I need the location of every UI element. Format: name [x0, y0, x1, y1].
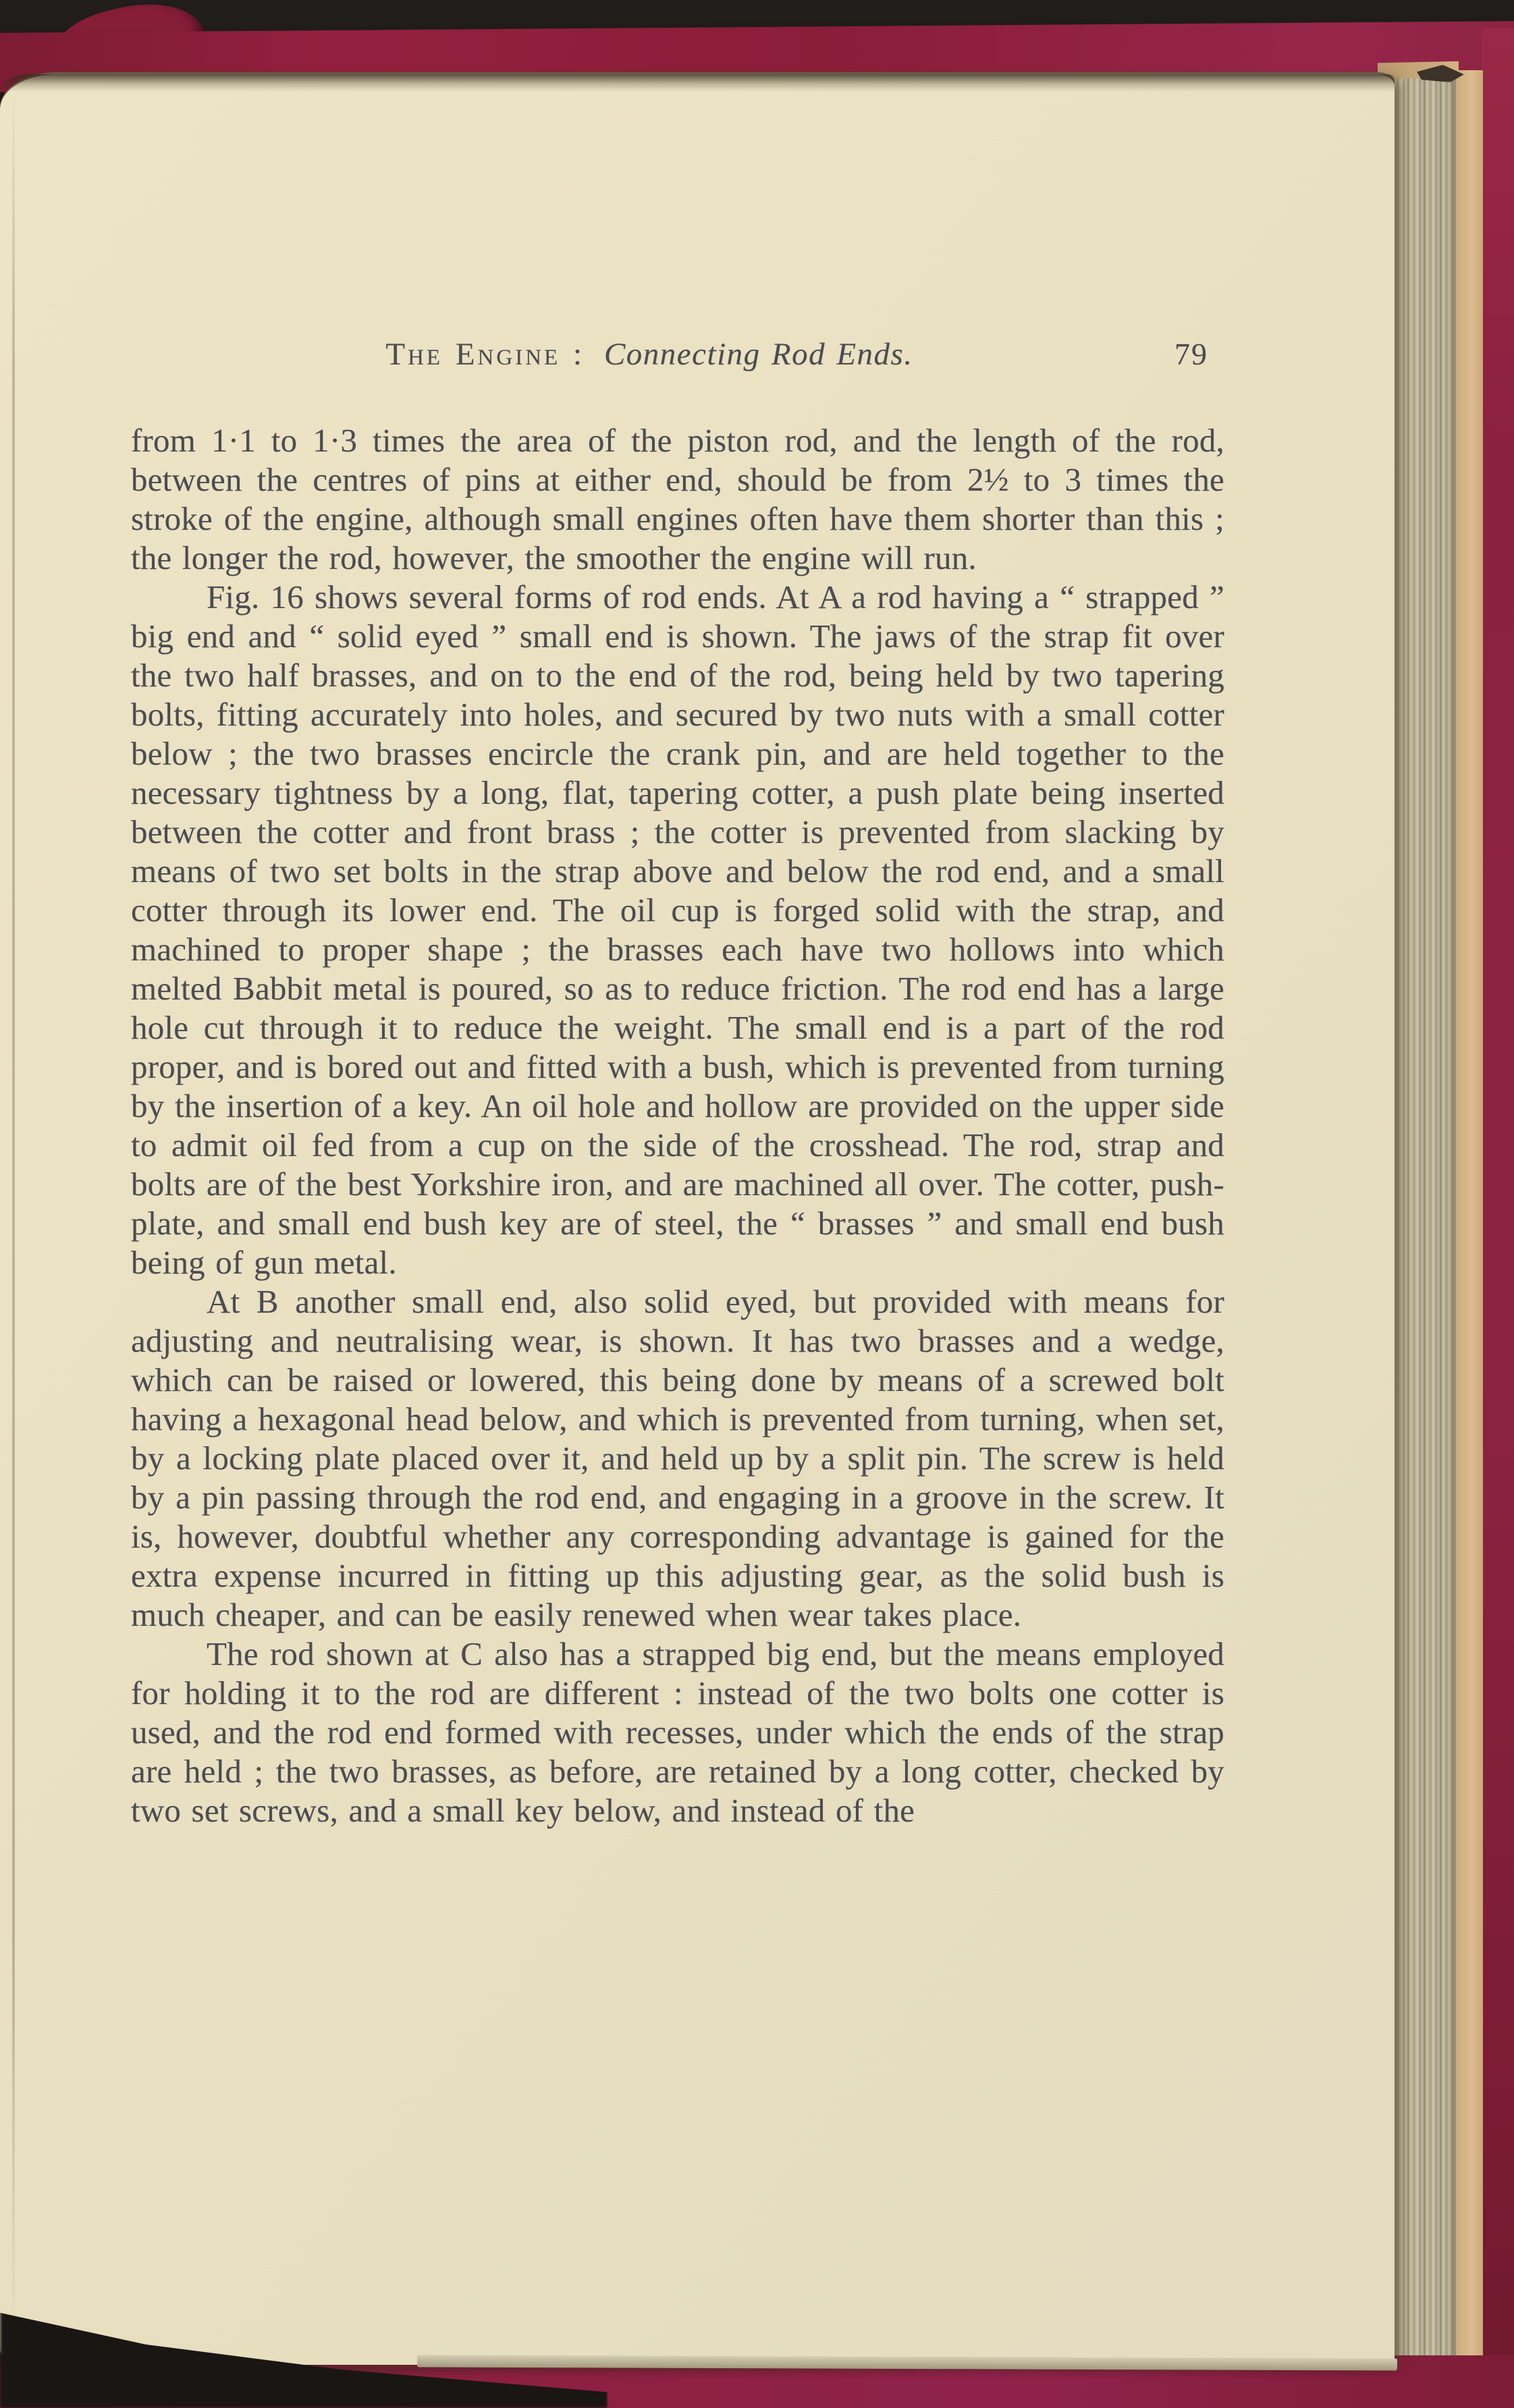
book-page: The Engine : Connecting Rod Ends. 79 fro…: [0, 74, 1395, 2365]
header-title: The Engine : Connecting Rod Ends.: [385, 335, 913, 374]
cover-inner-board: [1455, 70, 1483, 2368]
paragraph: The rod shown at C also has a strapped b…: [131, 1635, 1224, 1830]
chapter-title: Connecting Rod Ends.: [604, 337, 913, 372]
paragraph: Fig. 16 shows several forms of rod ends.…: [131, 578, 1224, 1282]
running-header: The Engine : Connecting Rod Ends. 79: [131, 335, 1224, 374]
book-scan: The Engine : Connecting Rod Ends. 79 fro…: [0, 0, 1514, 2408]
cover-right-band: [1482, 28, 1514, 2408]
page-number: 79: [1174, 335, 1208, 374]
page-text: The Engine : Connecting Rod Ends. 79 fro…: [131, 335, 1224, 1830]
paragraph: At B another small end, also solid eyed,…: [131, 1282, 1224, 1635]
section-title: The Engine :: [385, 337, 585, 372]
paragraph-continuation: from 1·1 to 1·3 times the area of the pi…: [131, 421, 1224, 578]
